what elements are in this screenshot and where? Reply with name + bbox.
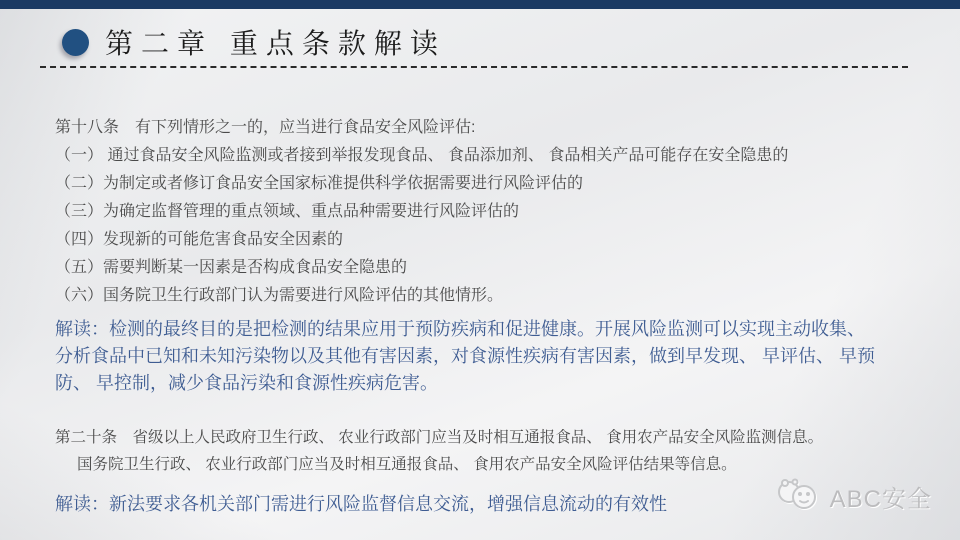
article-20-line-2: 国务院卫生行政、 农业行政部门应当及时相互通报食品、 食用农产品安全风险评估结果… bbox=[55, 451, 925, 478]
slide-header: 第二章 重点条款解读 bbox=[62, 24, 446, 60]
article-20-line-1: 第二十条 省级以上人民政府卫生行政、 农业行政部门应当及时相互通报食品、 食用农… bbox=[55, 424, 925, 451]
dashed-divider bbox=[40, 66, 908, 68]
article-18-item-1: （一） 通过食品安全风险监测或者接到举报发现食品、 食品添加剂、 食品相关产品可… bbox=[55, 142, 915, 170]
article-18-item-2: （二）为制定或者修订食品安全国家标准提供科学依据需要进行风险评估的 bbox=[55, 170, 915, 198]
interpretation-1-line-1: 解读：检测的最终目的是把检测的结果应用于预防疾病和促进健康。开展风险监测可以实现… bbox=[55, 316, 910, 343]
bullet-circle-icon bbox=[62, 29, 89, 56]
watermark-panda-logo-icon bbox=[776, 477, 822, 516]
article-20-block: 第二十条 省级以上人民政府卫生行政、 农业行政部门应当及时相互通报食品、 食用农… bbox=[55, 424, 925, 478]
interpretation-1-line-2: 分析食品中已知和未知污染物以及其他有害因素，对食源性疾病有害因素，做到早发现、 … bbox=[55, 343, 910, 370]
article-18-item-4: （四）发现新的可能危害食品安全因素的 bbox=[55, 226, 915, 254]
article-18-item-5: （五）需要判断某一因素是否构成食品安全隐患的 bbox=[55, 254, 915, 282]
watermark-label: ABC安全 bbox=[830, 479, 932, 514]
presentation-slide: 第二章 重点条款解读 第十八条 有下列情形之一的，应当进行食品安全风险评估: （… bbox=[0, 0, 960, 540]
interpretation-1-block: 解读：检测的最终目的是把检测的结果应用于预防疾病和促进健康。开展风险监测可以实现… bbox=[55, 316, 910, 397]
top-accent-bar bbox=[0, 0, 960, 9]
article-18-item-3: （三）为确定监督管理的重点领域、重点品种需要进行风险评估的 bbox=[55, 198, 915, 226]
watermark: ABC安全 bbox=[776, 477, 932, 516]
slide-title: 第二章 重点条款解读 bbox=[105, 22, 446, 62]
interpretation-1-line-3: 防、 早控制，减少食品污染和食源性疾病危害。 bbox=[55, 370, 910, 397]
article-18-block: 第十八条 有下列情形之一的，应当进行食品安全风险评估: （一） 通过食品安全风险… bbox=[55, 114, 915, 310]
article-18-intro: 第十八条 有下列情形之一的，应当进行食品安全风险评估: bbox=[55, 114, 915, 142]
article-18-item-6: （六）国务院卫生行政部门认为需要进行风险评估的其他情形。 bbox=[55, 282, 915, 310]
